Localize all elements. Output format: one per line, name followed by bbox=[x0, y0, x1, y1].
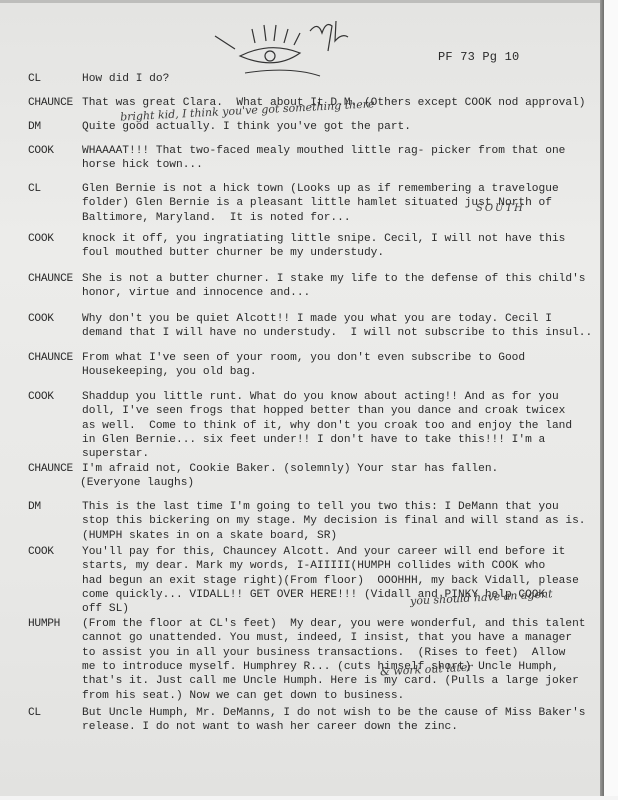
speaker-label: CL bbox=[28, 706, 86, 720]
dialogue-line: me to introduce myself. Humphrey R... (c… bbox=[82, 660, 582, 674]
dialogue-line: How did I do? bbox=[82, 72, 582, 86]
speaker-label: CHAUNCE bbox=[28, 462, 86, 476]
dialogue-line: Housekeeping, you old bag. bbox=[82, 365, 582, 379]
dialogue-line: She is not a butter churner. I stake my … bbox=[82, 272, 582, 286]
dialogue-line: honor, virtue and innocence and... bbox=[82, 286, 582, 300]
dialogue-line: (From the floor at CL's feet) My dear, y… bbox=[82, 617, 582, 631]
dialogue-line: as well. Come to think of it, why don't … bbox=[82, 419, 582, 433]
dialogue-line: knock it off, you ingratiating little sn… bbox=[82, 232, 582, 246]
eye-doodle-icon bbox=[200, 11, 370, 81]
speaker-label: COOK bbox=[28, 312, 86, 326]
dialogue-line: (Everyone laughs) bbox=[80, 476, 580, 490]
dialogue-line: from his seat.) Now we can get down to b… bbox=[82, 689, 582, 703]
page-code: PF 73 Pg 10 bbox=[438, 50, 519, 64]
dialogue-line: cannot go unattended. You must, indeed, … bbox=[82, 631, 582, 645]
speaker-label: CHAUNCE bbox=[28, 351, 86, 365]
dialogue-line: demand that I will have no understudy. I… bbox=[82, 326, 582, 340]
speaker-label: DM bbox=[28, 120, 86, 134]
dialogue-line: I'm afraid not, Cookie Baker. (solemnly)… bbox=[82, 462, 582, 476]
dialogue-line: WHAAAAT!!! That two-faced mealy mouthed … bbox=[82, 144, 582, 158]
dialogue-line: had begun an exit stage right)(From floo… bbox=[82, 574, 582, 588]
dialogue-line: stop this bickering on my stage. My deci… bbox=[82, 514, 582, 528]
dialogue-line: that's it. Just call me Uncle Humph. Her… bbox=[82, 674, 582, 688]
speaker-label: HUMPH bbox=[28, 617, 86, 631]
dialogue-line: release. I do not want to wash her caree… bbox=[82, 720, 582, 734]
dialogue-line: From what I've seen of your room, you do… bbox=[82, 351, 582, 365]
dialogue-line: superstar. bbox=[82, 447, 582, 461]
dialogue-line: horse hick town... bbox=[82, 158, 582, 172]
dialogue-line: But Uncle Humph, Mr. DeManns, I do not w… bbox=[82, 706, 582, 720]
right-margin bbox=[604, 0, 618, 800]
speaker-label: COOK bbox=[28, 232, 86, 246]
speaker-label: CL bbox=[28, 72, 86, 86]
script-page: PF 73 Pg 10 CLHow did I do?CHAUNCEThat w… bbox=[0, 0, 604, 799]
dialogue-line: to assist you in all your business trans… bbox=[82, 646, 582, 660]
dialogue-line: You'll pay for this, Chauncey Alcott. An… bbox=[82, 545, 582, 559]
speaker-label: COOK bbox=[28, 144, 86, 158]
dialogue-line: off SL) bbox=[82, 602, 582, 616]
speaker-label: CHAUNCE bbox=[28, 96, 86, 110]
speaker-label: COOK bbox=[28, 545, 86, 559]
handwritten-insert-south: SOUTH bbox=[476, 203, 525, 214]
dialogue-line: foul mouthed butter churner be my unders… bbox=[82, 246, 582, 260]
dialogue-line: Glen Bernie is not a hick town (Looks up… bbox=[82, 182, 582, 196]
speaker-label: CHAUNCE bbox=[28, 272, 86, 286]
speaker-label: COOK bbox=[28, 390, 86, 404]
bottom-margin bbox=[0, 796, 618, 800]
dialogue-line: Why don't you be quiet Alcott!! I made y… bbox=[82, 312, 582, 326]
dialogue-line: This is the last time I'm going to tell … bbox=[82, 500, 582, 514]
dialogue-line: (HUMPH skates in on a skate board, SR) bbox=[82, 529, 582, 543]
dialogue-line: Shaddup you little runt. What do you kno… bbox=[82, 390, 582, 404]
speaker-label: CL bbox=[28, 182, 86, 196]
speaker-label: DM bbox=[28, 500, 86, 514]
dialogue-line: in Glen Bernie... six feet under!! I don… bbox=[82, 433, 582, 447]
dialogue-line: Quite good actually. I think you've got … bbox=[82, 120, 582, 134]
dialogue-line: doll, I've seen frogs that hopped better… bbox=[82, 404, 582, 418]
dialogue-line: starts, my dear. Mark my words, I-AIIIII… bbox=[82, 559, 582, 573]
